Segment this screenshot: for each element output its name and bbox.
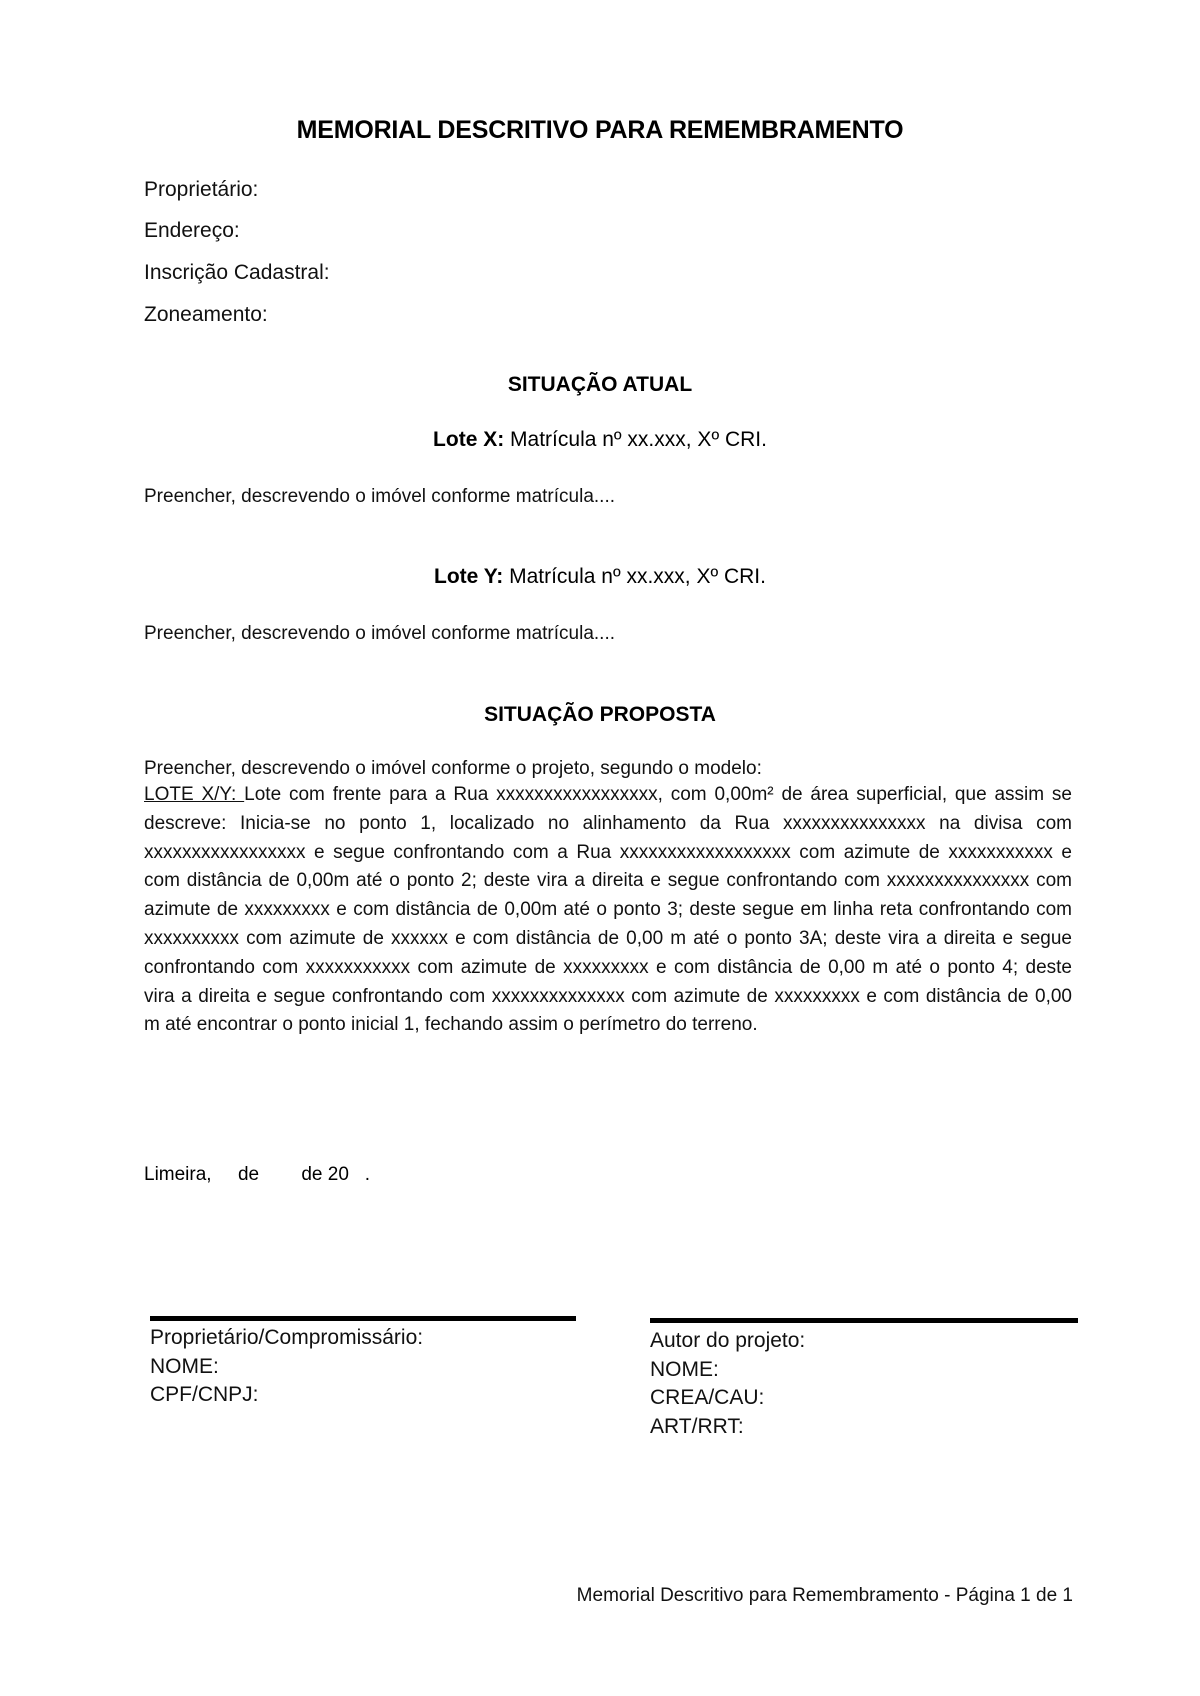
proposta-intro: Preencher, descrevendo o imóvel conforme… [144, 757, 1072, 781]
page-footer: Memorial Descritivo para Remembramento -… [577, 1585, 1073, 1607]
lote-y-matricula-text: Matrícula nº xx.xxx, Xº CRI. [503, 565, 766, 588]
lote-x-label: Lote X: [433, 428, 504, 451]
heading-situacao-atual: SITUAÇÃO ATUAL [0, 373, 1200, 397]
proposta-paragraph: Preencher, descrevendo o imóvel conforme… [144, 757, 1072, 1040]
lote-xy-description: Lote com frente para a Rua xxxxxxxxxxxxx… [144, 784, 1072, 1035]
lote-y-description: Preencher, descrevendo o imóvel conforme… [144, 623, 615, 645]
lote-xy-label: LOTE X/Y: [144, 784, 244, 805]
field-endereco: Endereço: [144, 219, 240, 243]
author-crea-label: CREA/CAU: [650, 1384, 805, 1413]
document-title: MEMORIAL DESCRITIVO PARA REMEMBRAMENTO [0, 116, 1200, 145]
author-art-label: ART/RRT: [650, 1413, 805, 1442]
place-date: Limeira, de de 20 . [144, 1164, 370, 1186]
field-zoneamento: Zoneamento: [144, 303, 268, 327]
field-proprietario: Proprietário: [144, 178, 258, 202]
lote-y-matricula: Lote Y: Matrícula nº xx.xxx, Xº CRI. [0, 565, 1200, 589]
owner-cpf-label: CPF/CNPJ: [150, 1381, 423, 1410]
document-page: MEMORIAL DESCRITIVO PARA REMEMBRAMENTO P… [0, 0, 1200, 1696]
lote-x-description: Preencher, descrevendo o imóvel conforme… [144, 486, 615, 508]
author-role-label: Autor do projeto: [650, 1327, 805, 1356]
lote-x-matricula-text: Matrícula nº xx.xxx, Xº CRI. [504, 428, 767, 451]
lote-x-matricula: Lote X: Matrícula nº xx.xxx, Xº CRI. [0, 428, 1200, 452]
heading-situacao-proposta: SITUAÇÃO PROPOSTA [0, 703, 1200, 727]
author-name-label: NOME: [650, 1356, 805, 1385]
owner-role-label: Proprietário/Compromissário: [150, 1324, 423, 1353]
owner-signature-line [150, 1316, 576, 1321]
author-signature-block: Autor do projeto: NOME: CREA/CAU: ART/RR… [650, 1327, 805, 1441]
owner-name-label: NOME: [150, 1353, 423, 1382]
lote-y-label: Lote Y: [434, 565, 503, 588]
field-inscricao-cadastral: Inscrição Cadastral: [144, 261, 330, 285]
owner-signature-block: Proprietário/Compromissário: NOME: CPF/C… [150, 1324, 423, 1410]
author-signature-line [650, 1318, 1078, 1323]
